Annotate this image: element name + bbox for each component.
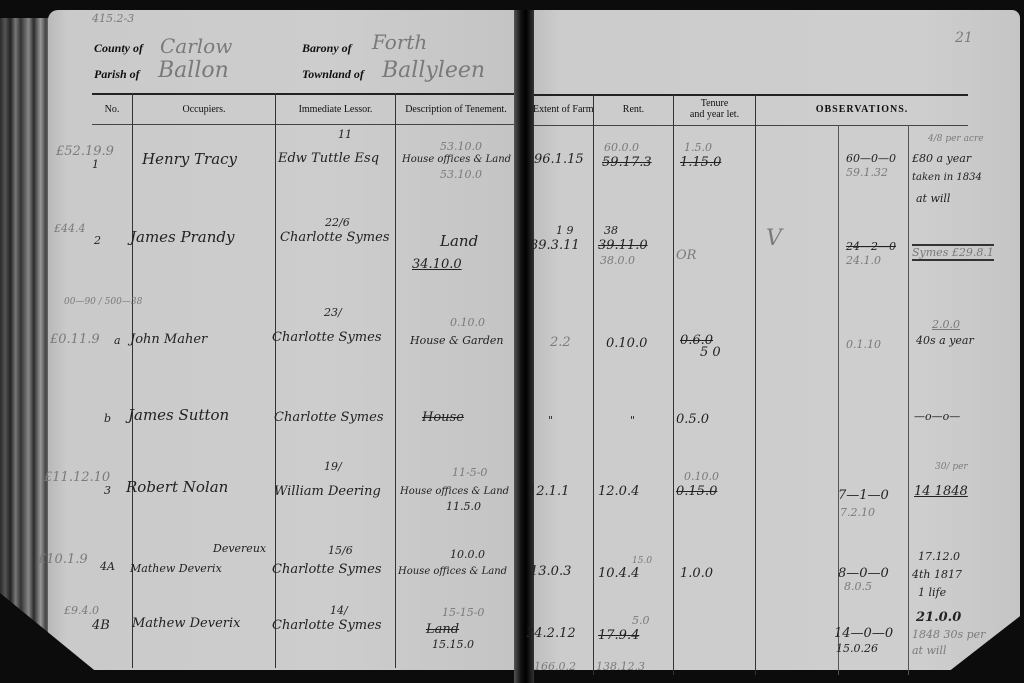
book-gutter [514,10,534,683]
row6-obs-b2: 4th 1817 [912,568,962,581]
row2-tenure: OR [676,248,696,263]
table-top-rule-left [92,93,514,95]
col-header-extent: Extent of Farm. [533,104,593,115]
rent-total: 138.12.3 [596,660,645,673]
row2-rent: 39.11.0 [598,238,648,253]
page-corner-fold-left [0,593,110,683]
parish-value: Ballon [158,58,229,83]
townland-value: Ballyleen [382,58,485,83]
row2-occupier: James Prandy [130,228,234,246]
row6-rent: 10.4.4 [598,566,639,581]
row5-occupier: Robert Nolan [126,478,228,496]
row1-lessor-note: 11 [338,128,352,141]
row2-margin-valuation: £44.4 [54,222,86,235]
col-divider [908,125,909,675]
row6-extent: 13.0.3 [530,564,571,579]
row1-extent: 96.1.15 [534,152,584,167]
row3-obs-a: 0.1.10 [846,338,881,351]
row1-obs-b: £80 a year [912,152,971,165]
row5-description: House offices & Land [400,486,509,497]
book-page-edges [0,18,52,683]
row1-obs-b3: at will [916,192,950,205]
row7-obs-a: 14—0—0 [834,626,893,641]
row6-rent-above: 15.0 [632,556,652,566]
row1-obs-b-above: 4/8 per acre [928,134,984,144]
row7-desc-above: 15-15-0 [442,606,484,619]
county-label: County of [94,41,143,56]
row5-extent: 12.1.1 [528,484,569,499]
row3-extent: 2.2 [550,335,571,350]
row5-tenure-above: 0.10.0 [684,470,719,483]
row6-obs-b3: 1 life [918,586,946,599]
row2-number: 2 [94,234,101,247]
col-divider [395,93,396,668]
row6-lessor-note: 15/6 [328,544,353,557]
row2-desc-below: 34.10.0 [412,257,462,272]
row5-obs-b: 14 1848 [914,484,968,499]
row1-obs-a2: 59.1.32 [846,166,888,179]
row1-obs-a: 60—0—0 [846,152,896,165]
reference-number: 415.2-3 [92,12,134,25]
extent-total: 166.0.2 [534,660,576,673]
row3-desc-above: 0.10.0 [450,316,485,329]
row1-desc-below: 53.10.0 [440,168,482,181]
row6-occupier-note: Devereux [213,542,266,555]
row4-rent: " [630,414,635,427]
col-header-observations: OBSERVATIONS. [756,104,968,115]
col-divider [838,125,839,675]
row4-tenure: 0.5.0 [676,412,709,427]
row1-rent: 59.17.3 [602,155,652,170]
row7-extent: 24.2.12 [526,626,576,641]
col-header-occupiers: Occupiers. [133,104,275,115]
row1-description: House offices & Land [402,154,511,165]
row1-lessor: Edw Tuttle Esq [278,151,379,166]
row5-obs-a2: 7.2.10 [840,506,875,519]
row5-desc-below: 11.5.0 [446,500,481,513]
row3-obs-b: 40s a year [916,334,974,347]
header-bottom-rule-right [534,125,968,126]
row1-tenure: 1.15.0 [680,155,721,170]
row5-rent: 12.0.4 [598,484,639,499]
row3-description: House & Garden [410,334,503,347]
row2-obs-a2: 24.1.0 [846,254,881,267]
col-divider [755,95,756,675]
row2-extent: 39.3.11 [530,238,580,253]
col-divider [275,93,276,668]
col-header-lessor: Immediate Lessor. [276,104,395,115]
col-header-no: No. [92,104,132,115]
row4-lessor: Charlotte Symes [274,410,383,425]
page-corner-fold-right [934,613,1024,683]
row6-obs-b: 17.12.0 [918,550,960,563]
col-divider [673,95,674,675]
row2-check-mark: V [766,226,782,251]
row3-lessor-note: 23/ [324,306,342,319]
row6-lessor: Charlotte Symes [272,562,381,577]
row6-description: House offices & Land [398,566,507,577]
row7-desc-below: 15.15.0 [432,638,474,651]
row6-occupier: Mathew Deverix [130,562,222,575]
row2-obs-b: Symes £29.8.1 [912,244,994,261]
row2-extent-above: 1 9 [556,224,574,237]
row7-rent-above: 5.0 [632,614,650,627]
townland-label: Townland of [302,67,364,82]
row1-number: 1 [92,158,99,171]
row2-lessor-note: 22/6 [325,216,350,229]
row3-number: a [114,334,121,347]
row4-occupier: James Sutton [128,406,229,424]
row1-desc-above: 53.10.0 [440,140,482,153]
row1-occupier: Henry Tracy [142,150,237,168]
col-divider [593,95,594,675]
row1-margin-valuation: £52.19.9 [56,144,114,159]
row4-obs-b: —o—o— [914,410,960,423]
row3-occupier: John Maher [130,332,207,347]
row6-obs-a2: 8.0.5 [844,580,872,593]
row2-obs-a: 24—2—0 [846,240,896,253]
row5-desc-above: 11-5-0 [452,466,487,479]
table-top-rule-right [534,94,968,96]
row6-number: 4A [100,560,115,573]
row7-occupier: Mathew Deverix [132,616,240,631]
row4-extent: " [548,414,553,427]
row3-lessor: Charlotte Symes [272,330,381,345]
col-divider [132,93,133,668]
row5-number: 3 [104,484,111,497]
page-number: 21 [955,30,973,46]
row2-rent-below: 38.0.0 [600,254,635,267]
row4-description: House [422,410,464,425]
row7-obs-a2: 15.0.26 [836,642,878,655]
row6-tenure: 1.0.0 [680,566,713,581]
row1-tenure-above: 1.5.0 [684,141,712,154]
header-bottom-rule-left [92,124,514,125]
county-value: Carlow [160,34,232,58]
tenure-line1: Tenure [701,98,729,109]
row7-lessor: Charlotte Symes [272,618,381,633]
tenure-line2: and year let. [690,109,739,120]
row3-rent: 0.10.0 [606,336,647,351]
row2-description: Land [440,232,478,250]
row5-margin-valuation: £11.12.10 [44,470,110,485]
row3-margin-valuation: £0.11.9 [50,332,100,347]
row1-rent-above: 60.0.0 [604,141,639,154]
col-header-description: Description of Tenement. [398,104,514,115]
col-header-tenure: Tenureand year let. [674,98,755,120]
row7-description: Land [426,622,459,637]
row1-obs-b2: taken in 1834 [912,172,982,183]
barony-label: Barony of [302,41,352,56]
row5-obs-a: 7—1—0 [838,488,889,503]
row2-rent-above: 38 [604,224,618,237]
row2-lessor: Charlotte Symes [280,230,389,245]
row6-margin-valuation: £10.1.9 [38,552,88,567]
row5-obs-b-above: 30/ per [935,462,968,472]
row3-margin-calc: 00—90 / 500—38 [64,297,142,307]
row7-rent: 17.9.4 [598,628,639,643]
row5-tenure: 0.15.0 [676,484,717,499]
row4-number: b [104,412,111,425]
row5-lessor: William Deering [274,484,381,499]
row7-lessor-note: 14/ [330,604,348,617]
row3-tenure-below: 5 0 [700,345,721,360]
row6-desc-above: 10.0.0 [450,548,485,561]
col-header-rent: Rent. [594,104,673,115]
row5-lessor-note: 19/ [324,460,342,473]
row6-obs-a: 8—0—0 [838,566,889,581]
barony-value: Forth [372,30,427,54]
row3-obs-b-above: 2.0.0 [932,318,960,331]
parish-label: Parish of [94,67,140,82]
